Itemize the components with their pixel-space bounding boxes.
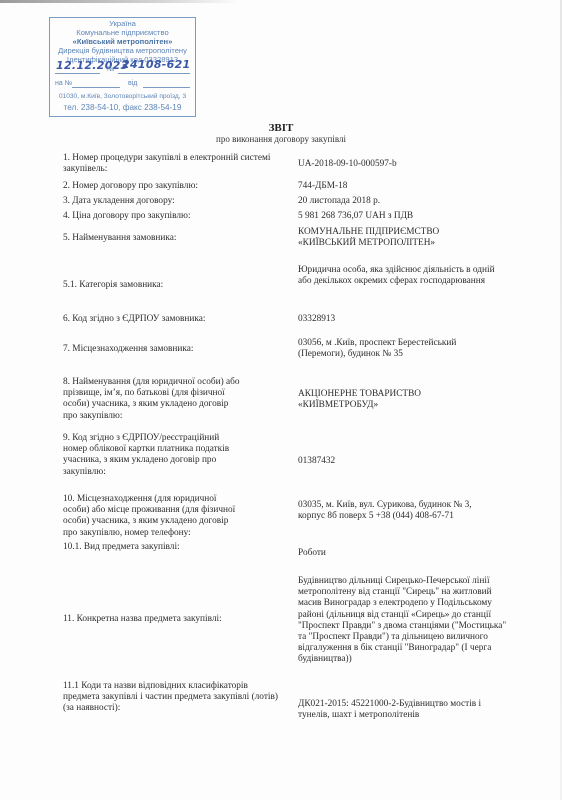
field-value-procedure-number: UA-2018-09-10-000597-b [298, 159, 538, 170]
stamp-address: 01030, м.Київ, Золотоворітський проїзд, … [50, 92, 195, 101]
field-value-customer-category: Юридична особа, яка здійснює діяльність … [298, 265, 508, 287]
stamp-ref-label: на № [55, 79, 72, 88]
stamp-date-line [55, 73, 100, 74]
field-value-participant-code: 01387432 [298, 456, 538, 467]
field-label-customer-edrpou: 6. Код згідно з ЄДРПОУ замовника: [63, 314, 283, 325]
stamp-date: 12.12.2023 [56, 61, 129, 70]
field-label-subject-type: 10.1. Вид предмета закупівлі: [63, 542, 283, 553]
field-value-customer-name: КОМУНАЛЬНЕ ПІДПРИЄМСТВО «КИЇВСЬКИЙ МЕТРО… [298, 227, 478, 249]
document-subtitle: про виконання договору закупівлі [0, 134, 562, 144]
stamp-ref-line [72, 87, 120, 88]
stamp-phones: тел. 238-54-10, факс 238-54-19 [50, 103, 195, 112]
field-label-procedure-number: 1. Номер процедури закупівлі в електронн… [63, 153, 283, 175]
field-label-classifier-codes: 11.1 Коди та назви відповідних класифіка… [63, 681, 281, 715]
stamp-from-line [143, 87, 190, 88]
field-label-contract-number: 2. Номер договору про закупівлю: [63, 181, 283, 192]
field-label-customer-category: 5.1. Категорія замовника: [63, 280, 283, 291]
field-label-contract-date: 3. Дата укладення договору: [63, 196, 283, 207]
document-title: ЗВІТ [0, 122, 562, 134]
field-value-subject-name: Будівництво дільниці Сирецько-Печерської… [298, 576, 516, 666]
field-label-participant-location: 10. Місцезнаходження (для юридичної особ… [63, 494, 243, 539]
field-value-customer-edrpou: 03328913 [298, 314, 538, 325]
field-value-participant-location: 03035, м. Київ, вул. Сурикова, будинок №… [298, 500, 498, 522]
field-label-subject-name: 11. Конкретна назва предмета закупівлі: [63, 614, 283, 625]
field-value-contract-number: 744-ДБМ-18 [298, 181, 538, 192]
field-label-participant-code: 9. Код згідно з ЄДРПОУ/реєстраційний ном… [63, 433, 243, 478]
stamp-org-type: Комунальне підприємство [50, 28, 195, 37]
field-label-participant-name: 8. Найменування (для юридичної особи) аб… [63, 377, 243, 422]
stamp-country: Україна [50, 19, 195, 28]
field-value-participant-name: АКЦІОНЕРНЕ ТОВАРИСТВО «КИЇВМЕТРОБУД» [298, 389, 458, 411]
scan-edge-shadow [0, 0, 240, 3]
field-label-contract-price: 4. Ціна договору про закупівлю: [63, 211, 283, 222]
field-value-classifier-codes: ДК021-2015: 45221000-2-Будівництво мості… [298, 699, 508, 721]
field-value-subject-type: Роботи [298, 548, 538, 559]
field-label-customer-name: 5. Найменування замовника: [63, 233, 283, 244]
field-label-customer-location: 7. Місцезнаходження замовника: [63, 344, 283, 355]
stamp-number: 24108-621 [122, 60, 191, 69]
stamp-division: Дирекція будівництва метрополітену [50, 46, 195, 55]
field-value-customer-location: 03056, м .Київ, проспект Берестейський (… [298, 338, 503, 360]
field-value-contract-price: 5 981 268 736,07 UAH з ПДВ [298, 211, 538, 222]
registration-stamp: Україна Комунальне підприємство «Київськ… [49, 17, 196, 117]
stamp-from-label: від [128, 79, 137, 88]
stamp-number-prefix: № [107, 65, 115, 74]
field-value-contract-date: 20 листопада 2018 р. [298, 196, 538, 207]
stamp-number-line [118, 73, 190, 74]
stamp-org-name: «Київський метрополітен» [50, 37, 195, 46]
